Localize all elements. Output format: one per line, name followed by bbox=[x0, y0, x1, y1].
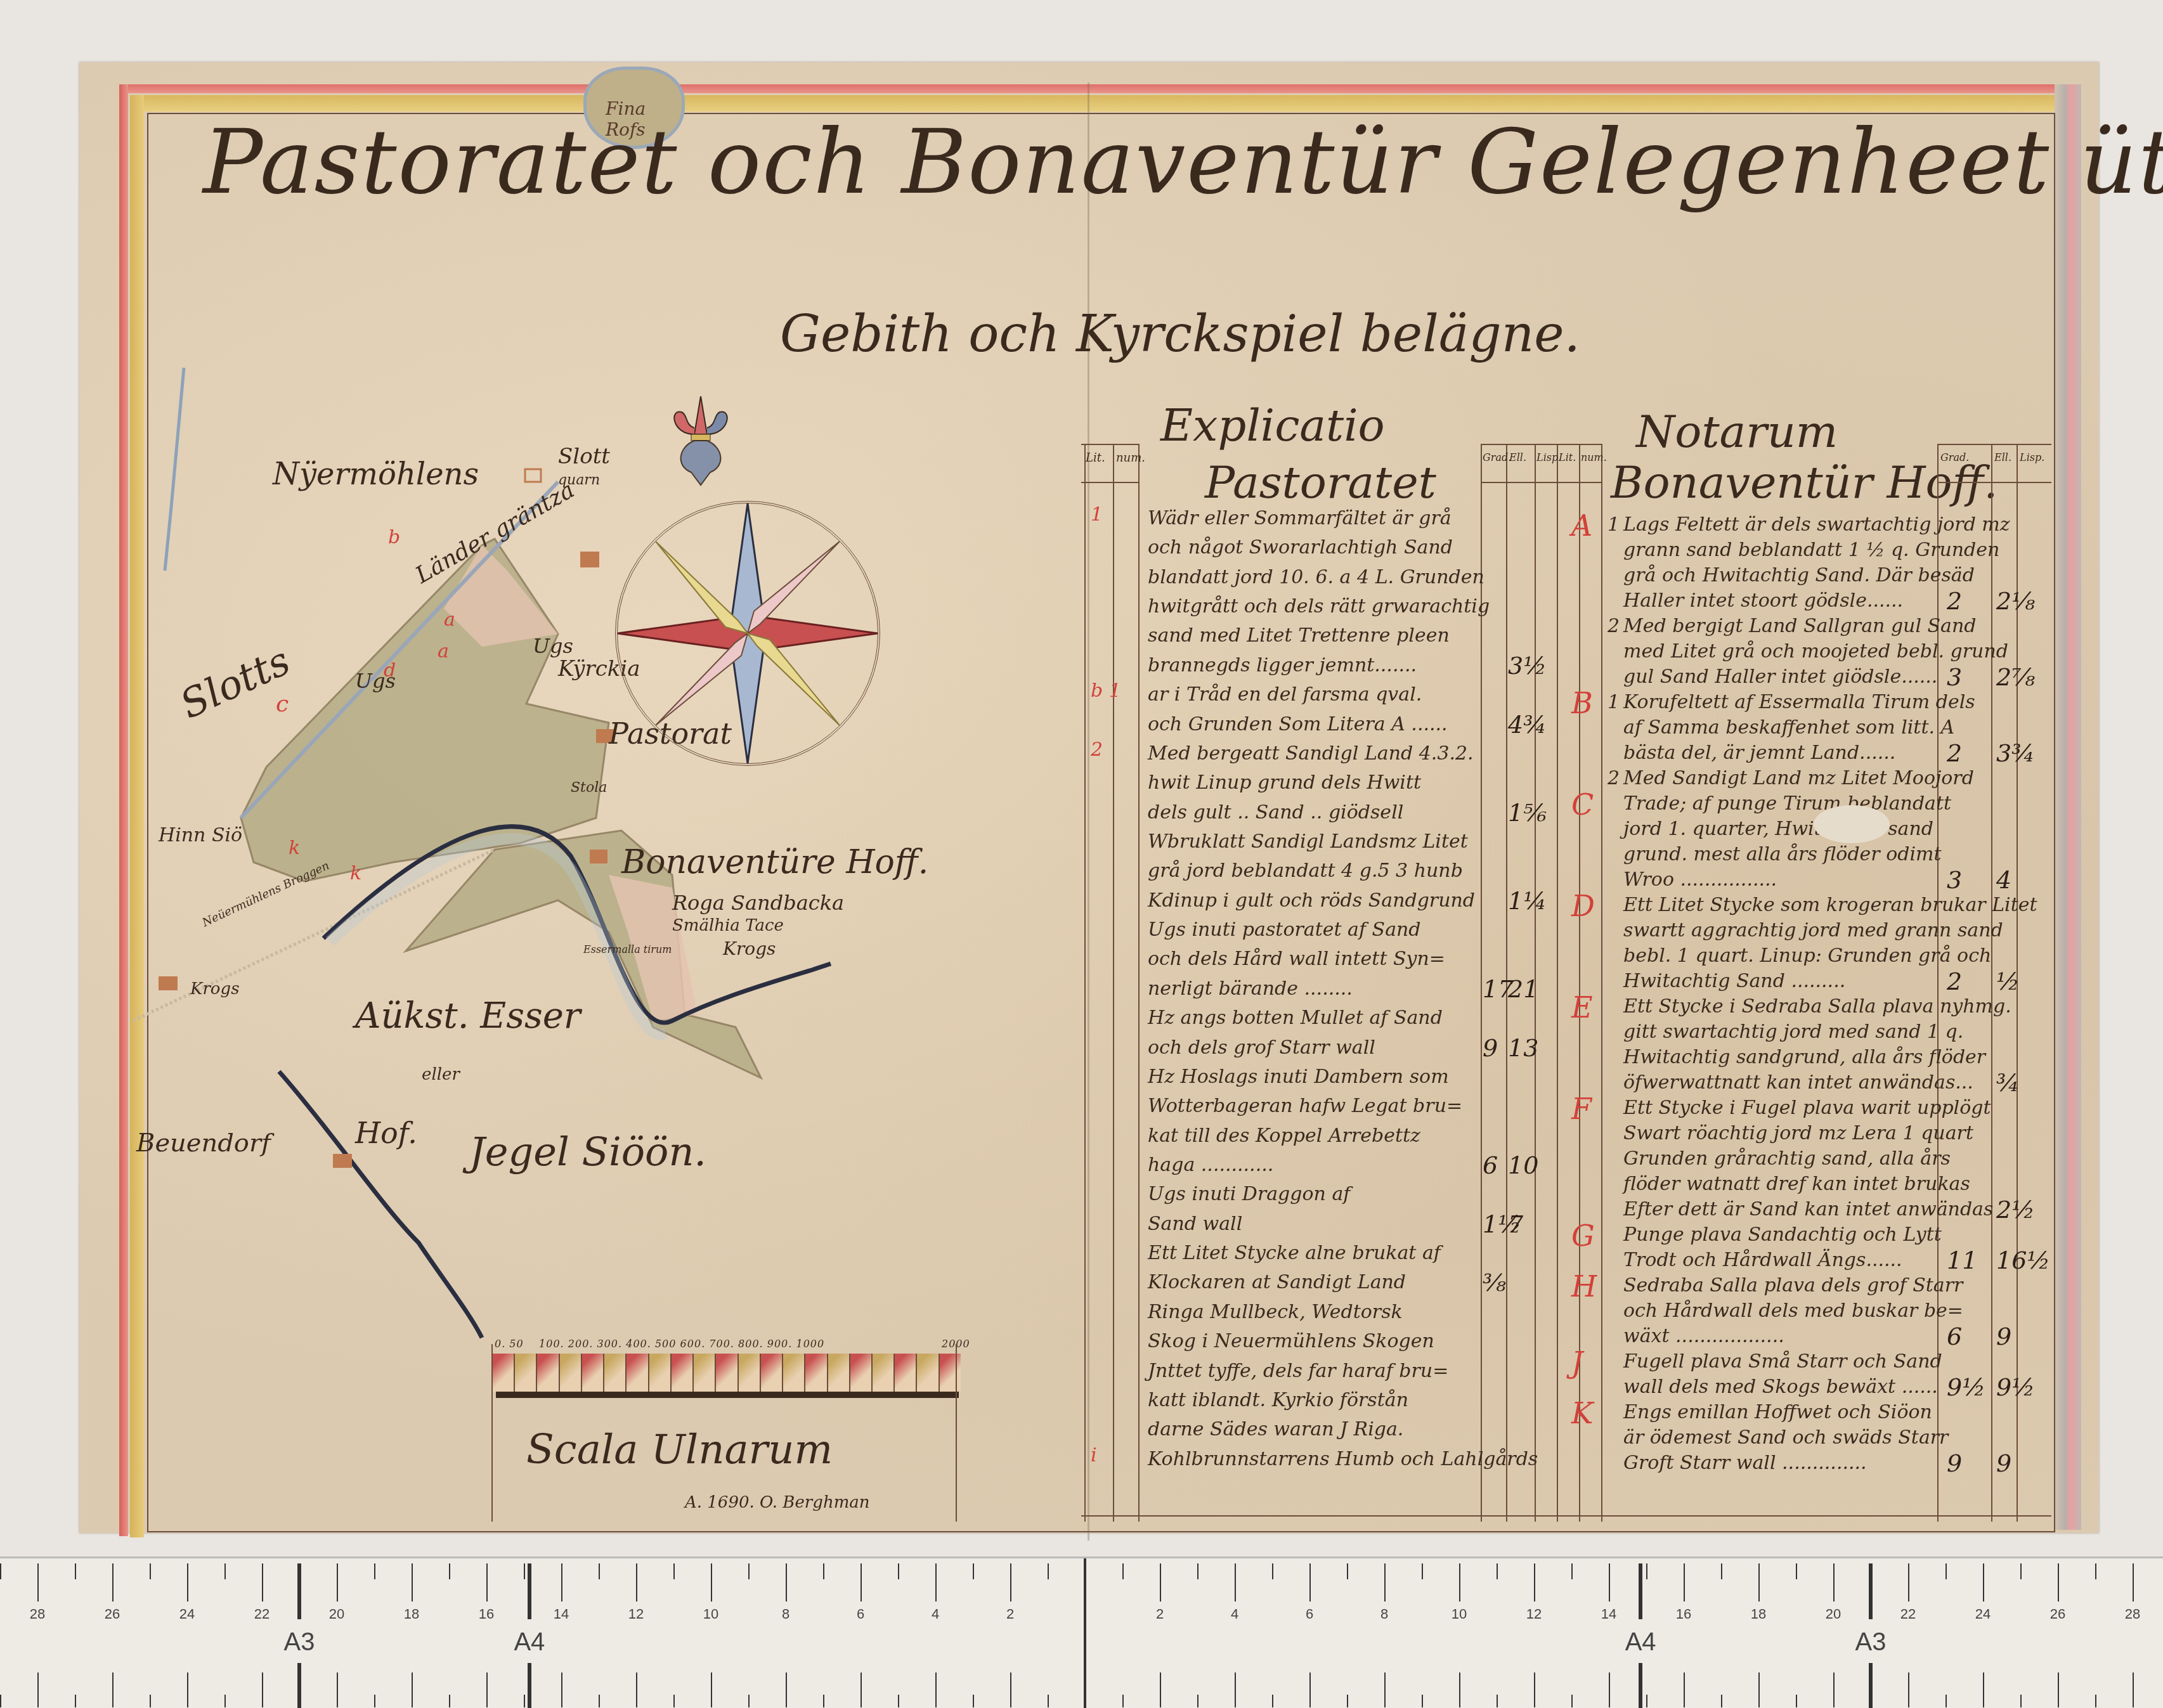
paper-size-label: A4 bbox=[1625, 1628, 1656, 1657]
ruler-tick bbox=[337, 1672, 338, 1707]
row-text: Trodt och Hårdwall Ängs...... bbox=[1623, 1249, 1902, 1271]
ruler-tick bbox=[786, 1672, 787, 1707]
field-letter: k bbox=[350, 862, 361, 884]
ruler-tick bbox=[1646, 1563, 1647, 1579]
ruler-label: 4 bbox=[1231, 1606, 1238, 1622]
ruler-label: 14 bbox=[1601, 1606, 1616, 1622]
ruler-label: 10 bbox=[703, 1606, 718, 1622]
row-num: 1 bbox=[1608, 691, 1620, 713]
ruler-tick bbox=[1684, 1672, 1685, 1707]
ruler-tick bbox=[1945, 1563, 1947, 1579]
ruler-tick bbox=[823, 1563, 824, 1579]
paper-size-label: A4 bbox=[514, 1628, 545, 1657]
ruler-label: 2 bbox=[1006, 1606, 1014, 1622]
ruler-tick bbox=[1235, 1672, 1236, 1707]
ruler-tick bbox=[1758, 1672, 1760, 1707]
compass-rose-icon bbox=[615, 501, 880, 766]
ruler-tick bbox=[636, 1563, 637, 1601]
col-lisp-notarum: Lisp. bbox=[2020, 451, 2044, 463]
ruler-tick bbox=[1347, 1563, 1348, 1579]
col-grad-notarum: Grad. bbox=[1940, 451, 1969, 463]
ruler-tick bbox=[75, 1563, 76, 1579]
ruler-tick bbox=[1945, 1695, 1947, 1707]
ruler-tick bbox=[524, 1563, 525, 1579]
ruler-tick bbox=[224, 1563, 226, 1579]
ruler-tick bbox=[1309, 1563, 1311, 1601]
row-text: Hwitachtig sandgrund, alla års flöder bbox=[1623, 1046, 1985, 1068]
ruler-label: 16 bbox=[479, 1606, 494, 1622]
label-beuendorf: Beuendorf bbox=[136, 1129, 271, 1158]
row-ell: 1¼ bbox=[1508, 887, 1547, 915]
paper-size-mark bbox=[297, 1563, 301, 1619]
ruler-tick bbox=[0, 1695, 1, 1707]
label-slott: Slott bbox=[558, 444, 610, 469]
row-text: katt iblandt. Kyrkio förstån bbox=[1148, 1389, 1408, 1411]
pastoratet-heading: Pastoratet bbox=[1205, 456, 1436, 508]
row-lit: i bbox=[1091, 1444, 1097, 1466]
row-text: darne Sädes waran J Riga. bbox=[1148, 1418, 1403, 1440]
ruler-tick bbox=[1010, 1563, 1011, 1601]
ruler-tick bbox=[973, 1695, 974, 1707]
row-text: blandatt jord 10. 6. a 4 L. Grunden bbox=[1148, 566, 1484, 588]
row-text: af Samma beskaffenhet som litt. A bbox=[1623, 716, 1954, 739]
ruler-tick bbox=[1721, 1563, 1722, 1579]
col-num-2: num. bbox=[1581, 451, 1607, 463]
row-text: grå och Hwitachtig Sand. Där besäd bbox=[1623, 564, 1975, 586]
ruler-tick bbox=[2058, 1672, 2059, 1707]
row-text: Ett Litet Stycke som krogeran brukar Lit… bbox=[1623, 894, 2037, 916]
ruler-tick bbox=[337, 1563, 338, 1601]
field-letter: k bbox=[289, 837, 300, 859]
label-aukst-esser: Aükst. Esser bbox=[355, 995, 581, 1037]
row-text: grann sand beblandatt 1 ½ q. Grunden bbox=[1623, 539, 1999, 561]
row-ell: 16½ bbox=[1996, 1246, 2050, 1274]
ruler-label: 18 bbox=[1751, 1606, 1766, 1622]
row-text: Korufeltett af Essermalla Tirum dels bbox=[1623, 691, 1975, 713]
row-text: Hwitachtig Sand ......... bbox=[1623, 970, 1845, 992]
ruler-tick bbox=[1272, 1563, 1273, 1579]
row-grad: 9½ bbox=[1947, 1373, 1985, 1401]
ruler-tick bbox=[412, 1563, 413, 1601]
row-ell: 9 bbox=[1996, 1449, 2011, 1477]
ruler-tick bbox=[2095, 1695, 2096, 1707]
map-drawing bbox=[0, 0, 1078, 1522]
row-ell: 3¾ bbox=[1996, 739, 2035, 767]
row-ell: ¾ bbox=[1996, 1069, 2020, 1097]
row-ell: 9½ bbox=[1996, 1373, 2035, 1401]
row-text: Ett Stycke i Fugel plava warit upplögt bbox=[1623, 1097, 1991, 1119]
label-krogs: Krogs bbox=[723, 938, 776, 959]
paper-size-mark bbox=[297, 1663, 301, 1708]
row-text: Ett Litet Stycke alne brukat af bbox=[1148, 1242, 1441, 1264]
ruler-tick bbox=[1571, 1695, 1573, 1707]
row-text: gitt swartachtig jord med sand 1 q. bbox=[1623, 1021, 1963, 1043]
row-text: Sand wall bbox=[1148, 1213, 1242, 1235]
row-ell: 2½ bbox=[1996, 1196, 2035, 1224]
row-text: dels gult .. Sand .. giödsell bbox=[1148, 801, 1403, 824]
paper-size-mark bbox=[1639, 1663, 1642, 1708]
label-krogs-left: Krogs bbox=[190, 980, 240, 999]
paper-tear bbox=[1814, 805, 1890, 843]
ruler-tick bbox=[2095, 1563, 2096, 1579]
ruler-tick bbox=[935, 1672, 937, 1707]
field-letter: a bbox=[438, 640, 449, 663]
label-bonaventure-hoff: Bonaventüre Hoff. bbox=[621, 843, 928, 881]
row-letter: E bbox=[1571, 990, 1593, 1025]
row-text: Ugs inuti Draggon af bbox=[1148, 1183, 1350, 1205]
ruler-label: 12 bbox=[628, 1606, 644, 1622]
ruler-label: 20 bbox=[329, 1606, 344, 1622]
row-text: hwit Linup grund dels Hwitt bbox=[1148, 772, 1421, 794]
row-text: Ett Stycke i Sedraba Salla plava nyhmg. bbox=[1623, 995, 2011, 1018]
label-hof: Hof. bbox=[355, 1116, 417, 1150]
ruler-tick bbox=[1010, 1672, 1011, 1707]
label-stola: Stola bbox=[571, 780, 607, 796]
row-text: och något Sworarlachtigh Sand bbox=[1148, 536, 1453, 559]
ruler-tick bbox=[973, 1563, 974, 1579]
row-letter: D bbox=[1571, 889, 1595, 923]
ruler-tick bbox=[2058, 1563, 2059, 1601]
row-grad: ⅜ bbox=[1483, 1269, 1506, 1297]
ruler-tick bbox=[0, 1563, 1, 1579]
row-letter: G bbox=[1571, 1219, 1595, 1253]
row-text: Wotterbageran hafw Legat bru= bbox=[1148, 1095, 1462, 1117]
row-lit: 2 bbox=[1091, 739, 1103, 761]
row-lit: b 1 bbox=[1091, 680, 1121, 702]
row-letter: J bbox=[1571, 1345, 1583, 1380]
ruler-tick bbox=[1459, 1563, 1460, 1601]
ruler-tick bbox=[224, 1695, 226, 1707]
ruler-tick bbox=[1497, 1563, 1498, 1579]
paper-size-mark bbox=[528, 1663, 531, 1708]
row-ell: 10 bbox=[1508, 1151, 1538, 1179]
ruler-tick bbox=[1048, 1695, 1049, 1707]
notarum-heading: Notarum bbox=[1636, 406, 1838, 458]
row-ell: ½ bbox=[1996, 967, 2020, 995]
ruler-tick bbox=[1197, 1695, 1198, 1707]
col-lit-2: Lit. bbox=[1559, 451, 1576, 463]
label-hinn-sio: Hinn Siö bbox=[159, 824, 242, 846]
row-letter: C bbox=[1571, 787, 1594, 822]
row-text: Med bergeatt Sandigl Land 4.3.2. bbox=[1148, 742, 1474, 765]
row-ell: 13 bbox=[1508, 1034, 1538, 1062]
row-text: flöder watnatt dref kan intet brukas bbox=[1623, 1173, 1970, 1195]
row-text: Kohlbrunnstarrens Humb och Lahlgårds bbox=[1148, 1448, 1538, 1470]
ruler-tick bbox=[748, 1563, 750, 1579]
col-lisp: Lisp. bbox=[1536, 451, 1561, 463]
ruler-tick bbox=[673, 1695, 675, 1707]
ruler-label: 28 bbox=[2125, 1606, 2140, 1622]
row-text: haga ............ bbox=[1148, 1154, 1273, 1176]
ruler-tick bbox=[2020, 1563, 2022, 1579]
ruler-label: 10 bbox=[1452, 1606, 1467, 1622]
label-eller: eller bbox=[422, 1065, 460, 1084]
ruler-tick bbox=[75, 1695, 76, 1707]
row-num: 1 bbox=[1608, 514, 1620, 536]
ruler-tick bbox=[1646, 1695, 1647, 1707]
ruler-tick bbox=[935, 1563, 937, 1601]
ruler-tick bbox=[1122, 1563, 1124, 1579]
ruler-tick bbox=[449, 1695, 450, 1707]
row-grad: 2 bbox=[1947, 587, 1962, 615]
row-letter: H bbox=[1571, 1269, 1597, 1304]
field-letter: b bbox=[388, 526, 400, 548]
ruler-label: 20 bbox=[1826, 1606, 1841, 1622]
row-grad: 2 bbox=[1947, 967, 1962, 995]
ruler-tick bbox=[2133, 1563, 2134, 1601]
ruler-tick bbox=[2133, 1672, 2134, 1707]
ruler-tick bbox=[1796, 1563, 1797, 1579]
row-text: Kdinup i gult och röds Sandgrund bbox=[1148, 890, 1475, 912]
border-right bbox=[2055, 84, 2081, 1530]
row-text: Med bergigt Land Sallgran gul Sand bbox=[1623, 615, 1977, 637]
col-grad: Grad. bbox=[1483, 451, 1511, 463]
row-lit: 1 bbox=[1091, 503, 1103, 526]
row-text: Sedraba Salla plava dels grof Starr bbox=[1623, 1274, 1963, 1297]
explicatio-heading: Explicatio bbox=[1160, 399, 1385, 451]
ruler-tick bbox=[1347, 1695, 1348, 1707]
row-num: 2 bbox=[1608, 615, 1620, 637]
ruler-tick bbox=[486, 1563, 488, 1601]
ruler-tick bbox=[861, 1563, 862, 1601]
ruler-label: 24 bbox=[179, 1606, 195, 1622]
row-text: Swart röachtig jord mz Lera 1 quart bbox=[1623, 1122, 1973, 1144]
ruler-tick bbox=[636, 1672, 637, 1707]
ruler-tick bbox=[1160, 1563, 1161, 1601]
map-signature: A. 1690. O. Berghman bbox=[685, 1493, 870, 1512]
ruler-label: 16 bbox=[1676, 1606, 1691, 1622]
row-text: Skog i Neuermühlens Skogen bbox=[1148, 1330, 1434, 1352]
row-text: Lags Feltett är dels swartachtig jord mz bbox=[1623, 514, 2010, 536]
ruler-tick bbox=[561, 1563, 562, 1601]
row-text: Wbruklatt Sandigl Landsmz Litet bbox=[1148, 831, 1468, 853]
row-letter: B bbox=[1571, 686, 1593, 720]
row-text: ar i Tråd en del farsma qval. bbox=[1148, 683, 1422, 706]
row-text: Grunden grårachtig sand, alla års bbox=[1623, 1148, 1951, 1170]
ruler-label: 24 bbox=[1975, 1606, 1991, 1622]
ruler-tick bbox=[112, 1672, 114, 1707]
label-jegel-sioon: Jegel Siöön. bbox=[469, 1129, 706, 1175]
row-text: sand med Litet Trettenre pleen bbox=[1148, 624, 1450, 647]
row-text: Efter dett är Sand kan intet anwändas bbox=[1623, 1198, 1993, 1220]
ruler-tick bbox=[262, 1672, 263, 1707]
row-grad: 9 bbox=[1483, 1034, 1498, 1062]
ruler-tick bbox=[37, 1563, 39, 1601]
paper-size-mark bbox=[1869, 1663, 1873, 1708]
ruler-tick bbox=[374, 1695, 375, 1707]
row-letter: F bbox=[1571, 1092, 1592, 1126]
ruler-tick bbox=[823, 1695, 824, 1707]
ruler-label: 6 bbox=[1306, 1606, 1313, 1622]
ruler-tick bbox=[748, 1695, 750, 1707]
row-text: Wädr eller Sommarfältet är grå bbox=[1148, 507, 1452, 529]
ruler-tick bbox=[1309, 1672, 1311, 1707]
ruler-tick bbox=[449, 1563, 450, 1579]
ruler-tick bbox=[711, 1672, 712, 1707]
row-text: grå jord beblandatt 4 g.5 3 hunb bbox=[1148, 860, 1463, 882]
row-ell: 7 bbox=[1508, 1210, 1523, 1238]
ruler-tick bbox=[2020, 1695, 2022, 1707]
ruler-tick bbox=[898, 1695, 899, 1707]
ruler-tick bbox=[711, 1563, 712, 1601]
ruler-tick bbox=[262, 1563, 263, 1601]
ruler-tick bbox=[412, 1672, 413, 1707]
ruler-label: 6 bbox=[857, 1606, 864, 1622]
row-text: är ödemest Sand och swäds Starr bbox=[1623, 1427, 1948, 1449]
ruler-tick bbox=[112, 1563, 114, 1601]
row-grad: 2 bbox=[1947, 739, 1962, 767]
row-text: gul Sand Haller intet giödsle...... bbox=[1623, 666, 1937, 688]
ruler-tick bbox=[1983, 1672, 1984, 1707]
row-text: Ugs inuti pastoratet af Sand bbox=[1148, 919, 1421, 941]
row-text: wall dels med Skogs bewäxt ...... bbox=[1623, 1376, 1938, 1398]
ruler-tick bbox=[1197, 1563, 1198, 1579]
row-text: Med Sandigt Land mz Litet Moojord bbox=[1623, 767, 1974, 789]
ruler-tick bbox=[1758, 1563, 1760, 1601]
row-text: Hz Hoslags inuti Dambern som bbox=[1148, 1066, 1449, 1088]
ruler-tick bbox=[37, 1672, 39, 1707]
row-grad: 6 bbox=[1947, 1323, 1962, 1350]
col-ell-notarum: Ell. bbox=[1994, 451, 2011, 463]
paper-size-mark bbox=[1639, 1563, 1642, 1619]
ruler-tick bbox=[1235, 1563, 1236, 1601]
ruler-label: 8 bbox=[1380, 1606, 1388, 1622]
ruler-tick bbox=[524, 1695, 525, 1707]
ruler-label: 14 bbox=[554, 1606, 569, 1622]
ruler-label: 8 bbox=[782, 1606, 789, 1622]
row-grad: 3 bbox=[1947, 663, 1962, 691]
row-ell: 2⅞ bbox=[1996, 663, 2035, 691]
row-text: wäxt .................. bbox=[1623, 1325, 1784, 1347]
ruler-tick bbox=[1983, 1563, 1984, 1601]
row-ell: 4 bbox=[1996, 866, 2011, 894]
ruler-label: 26 bbox=[2050, 1606, 2065, 1622]
ruler-tick bbox=[187, 1563, 188, 1601]
col-ell: Ell. bbox=[1509, 451, 1526, 463]
ruler-tick bbox=[1534, 1672, 1535, 1707]
field-letter: c bbox=[276, 691, 289, 717]
row-ell: 1⅚ bbox=[1508, 799, 1547, 827]
col-lit: Lit. bbox=[1086, 451, 1105, 465]
field-letter: a bbox=[444, 609, 455, 631]
scale-title: Scala Ulnarum bbox=[526, 1427, 833, 1473]
row-text: med Litet grå och moojeted bebl. grund bbox=[1623, 640, 2008, 663]
ruler-tick bbox=[1122, 1695, 1124, 1707]
ruler-tick bbox=[1721, 1695, 1722, 1707]
ruler-tick bbox=[1684, 1563, 1685, 1601]
ruler-tick bbox=[599, 1695, 600, 1707]
paper-size-label: A3 bbox=[284, 1628, 315, 1657]
row-text: hwitgrått och dels rätt grwarachtig bbox=[1148, 595, 1490, 618]
row-grad: 9 bbox=[1947, 1449, 1962, 1477]
label-nyermohlens: Nÿermöhlens bbox=[273, 456, 479, 492]
ruler-tick bbox=[1609, 1563, 1610, 1601]
paper-size-mark bbox=[528, 1563, 531, 1619]
row-text: och Hårdwall dels med buskar be= bbox=[1623, 1300, 1963, 1322]
row-text: öfwerwattnatt kan intet anwändas... bbox=[1623, 1071, 1973, 1094]
row-ell: 3½ bbox=[1508, 652, 1547, 680]
row-ell: 4¾ bbox=[1508, 711, 1547, 739]
ruler-tick bbox=[599, 1563, 600, 1579]
label-ugs-1: Ugs bbox=[533, 634, 573, 658]
row-text: Wroo ................ bbox=[1623, 869, 1777, 891]
row-text: bästa del, är jemnt Land...... bbox=[1623, 742, 1895, 764]
ruler-center-line bbox=[1084, 1558, 1086, 1708]
ruler-tick bbox=[374, 1563, 375, 1579]
row-text: kat till des Koppel Arrebettz bbox=[1148, 1125, 1420, 1147]
field-letter: d bbox=[384, 659, 396, 682]
ruler-tick bbox=[150, 1695, 151, 1707]
row-text: swartt aggrachtig jord med grann sand bbox=[1623, 919, 2003, 941]
row-text: Engs emillan Hoffwet och Siöon bbox=[1623, 1401, 1932, 1423]
row-grad: 11 bbox=[1947, 1246, 1977, 1274]
measuring-ruler: 2826242220181614121086422468101214161820… bbox=[0, 1556, 2163, 1708]
ruler-tick bbox=[150, 1563, 151, 1579]
paper-size-label: A3 bbox=[1855, 1628, 1887, 1657]
ruler-tick bbox=[1609, 1672, 1610, 1707]
ruler-tick bbox=[1272, 1695, 1273, 1707]
ruler-tick bbox=[486, 1672, 488, 1707]
row-grad: 6 bbox=[1483, 1151, 1498, 1179]
ruler-tick bbox=[1534, 1563, 1535, 1601]
ruler-tick bbox=[1833, 1672, 1835, 1707]
row-text: Trade; af punge Tirum beblandatt bbox=[1623, 793, 1951, 815]
row-text: Fugell plava Små Starr och Sand bbox=[1623, 1350, 1942, 1373]
ruler-tick bbox=[1571, 1563, 1573, 1579]
ruler-tick bbox=[1160, 1672, 1161, 1707]
row-letter: K bbox=[1571, 1396, 1593, 1430]
row-text: grund. mest alla års flöder odimt bbox=[1623, 843, 1942, 865]
ruler-tick bbox=[561, 1672, 562, 1707]
label-essermalla-tirum: Essermalla tirum bbox=[583, 943, 672, 955]
row-ell: 9 bbox=[1996, 1323, 2011, 1350]
col-num: num. bbox=[1116, 451, 1145, 465]
ruler-tick bbox=[1459, 1672, 1460, 1707]
ruler-label: 22 bbox=[1900, 1606, 1916, 1622]
row-ell: 2⅛ bbox=[1996, 587, 2035, 615]
ruler-tick bbox=[1384, 1563, 1386, 1601]
row-text: Hz angs botten Mullet af Sand bbox=[1148, 1007, 1443, 1029]
row-text: och Grunden Som Litera A ...... bbox=[1148, 713, 1448, 735]
row-text: brannegds ligger jemnt....... bbox=[1148, 654, 1417, 676]
ruler-tick bbox=[187, 1672, 188, 1707]
fleur-de-lis-icon bbox=[666, 396, 736, 491]
ruler-tick bbox=[861, 1672, 862, 1707]
ruler-tick bbox=[1497, 1695, 1498, 1707]
ruler-tick bbox=[1908, 1672, 1909, 1707]
ruler-label: 26 bbox=[105, 1606, 120, 1622]
ruler-tick bbox=[1048, 1563, 1049, 1579]
row-text: och dels grof Starr wall bbox=[1148, 1037, 1375, 1059]
row-text: Jnttet tyffe, dels far haraf bru= bbox=[1148, 1360, 1448, 1382]
ruler-tick bbox=[1796, 1695, 1797, 1707]
row-text: och dels Hård wall intett Syn= bbox=[1148, 948, 1445, 970]
row-text: Punge plava Sandachtig och Lytt bbox=[1623, 1224, 1942, 1246]
ruler-label: 4 bbox=[932, 1606, 939, 1622]
row-grad: 3 bbox=[1947, 866, 1962, 894]
ruler-tick bbox=[673, 1563, 675, 1579]
label-roga-sandbacka: Roga Sandbacka bbox=[672, 891, 844, 915]
ruler-tick bbox=[1384, 1672, 1386, 1707]
ruler-tick bbox=[1833, 1563, 1835, 1601]
center-fold bbox=[1088, 82, 1089, 1541]
ruler-tick bbox=[1422, 1563, 1423, 1579]
row-text: Groft Starr wall .............. bbox=[1623, 1452, 1867, 1474]
paper-size-mark bbox=[1869, 1563, 1873, 1619]
ruler-tick bbox=[1908, 1563, 1909, 1601]
label-smaell-tace: Smälhia Tace bbox=[672, 916, 784, 935]
ruler-label: 22 bbox=[254, 1606, 270, 1622]
